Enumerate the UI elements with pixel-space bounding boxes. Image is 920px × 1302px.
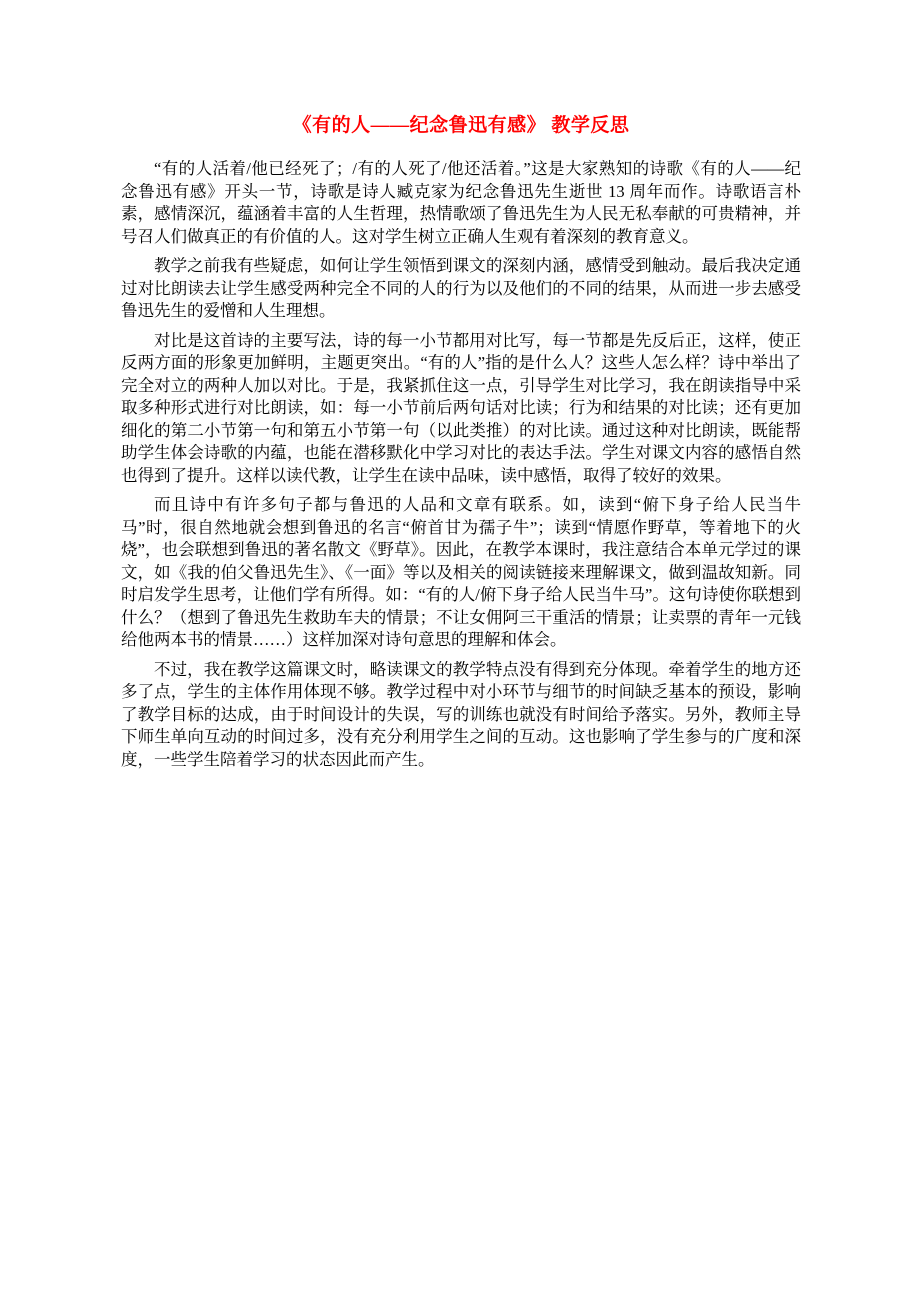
paragraph-doubts: 教学之前我有些疑虑，如何让学生领悟到课文的深刻内涵，感情受到触动。最后我决定通过… <box>121 255 801 323</box>
paragraph-contrast-method: 对比是这首诗的主要写法，诗的每一小节都用对比写，每一节都是先反后正，这样，使正反… <box>121 330 801 488</box>
paragraph-intro: “有的人活着/他已经死了；/有的人死了/他还活着。”这是大家熟知的诗歌《有的人—… <box>121 158 801 248</box>
document-page: 《有的人——纪念鲁迅有感》 教学反思 “有的人活着/他已经死了；/有的人死了/他… <box>0 0 920 1302</box>
document-title: 《有的人——纪念鲁迅有感》 教学反思 <box>121 113 801 139</box>
paragraph-luxun-links: 而且诗中有许多句子都与鲁迅的人品和文章有联系。如，读到“俯下身子给人民当牛马”时… <box>121 494 801 652</box>
paragraph-shortcomings: 不过，我在教学这篇课文时，略读课文的教学特点没有得到充分体现。牵着学生的地方还多… <box>121 659 801 772</box>
document-body: “有的人活着/他已经死了；/有的人死了/他还活着。”这是大家熟知的诗歌《有的人—… <box>121 158 801 771</box>
